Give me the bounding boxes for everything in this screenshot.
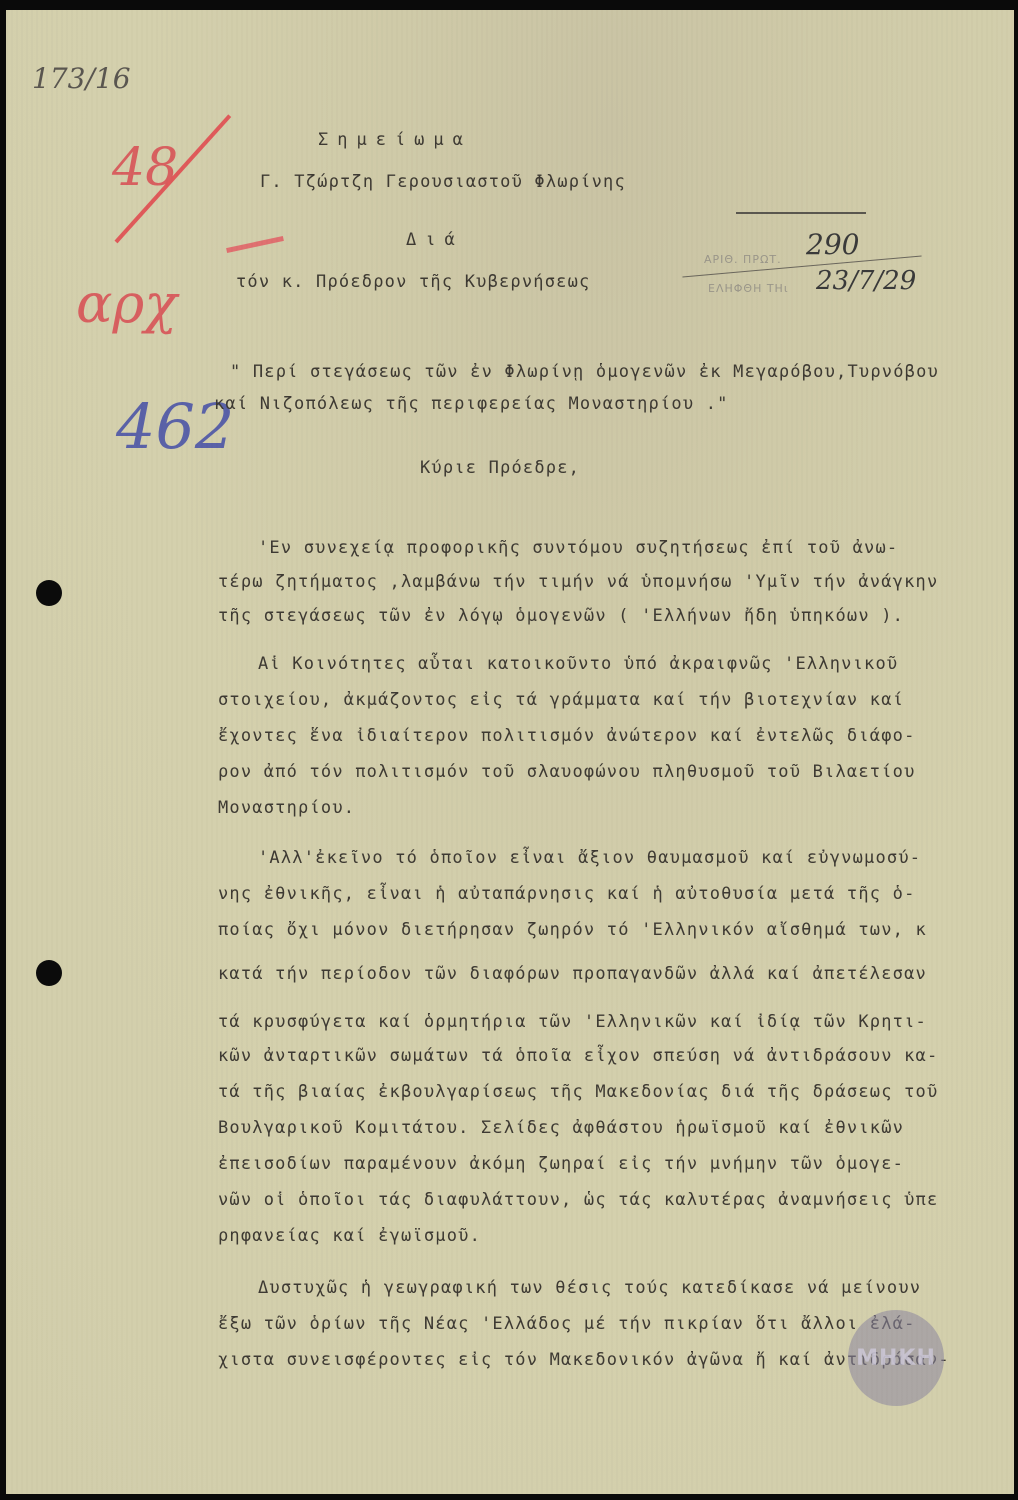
body-line: νης ἐθνικῆς, εἶναι ἡ αὐταπάρνησις καί ἡ …: [218, 884, 916, 904]
body-line: ρηφανείας καί ἐγωϊσμοῦ.: [218, 1226, 481, 1246]
body-line: κῶν ἀνταρτικῶν σωμάτων τά ὁποῖα εἶχον σπ…: [218, 1046, 938, 1066]
body-line: ρον ἀπό τόν πολιτισμόν τοῦ σλαυοφώνου πλ…: [218, 762, 916, 782]
red-annotation-number: 48: [112, 138, 178, 198]
body-line: νῶν οἱ ὁποῖοι τάς διαφυλάττουν, ὡς τάς κ…: [218, 1190, 938, 1210]
document-page: 173/16 Σημείωμα Γ. Τζώρτζη Γερουσιαστοῦ …: [6, 10, 1014, 1494]
body-line: 'Αλλ'ἐκεῖνο τό ὁποῖον εἶναι ἄξιον θαυμασ…: [258, 848, 921, 868]
archive-seal-watermark: ΜΗΚΗ: [848, 1310, 944, 1406]
body-line: ἔχοντες ἕνα ἰδιαίτερον πολιτισμόν ἀνώτερ…: [218, 726, 916, 746]
sender-line: Γ. Τζώρτζη Γερουσιαστοῦ Φλωρίνης: [260, 172, 626, 192]
subject-line-1: " Περί στεγάσεως τῶν ἐν Φλωρίνῃ ὁμογενῶν…: [230, 362, 939, 382]
recipient-line: τόν κ. Πρόεδρον τῆς Κυβερνήσεως: [236, 272, 590, 292]
protocol-number-label: ΑΡΙΘ. ΠΡΩΤ.: [704, 253, 782, 266]
red-annotation-scribble: αρχ: [76, 272, 177, 335]
salutation: Κύριε Πρόεδρε,: [420, 458, 580, 478]
protocol-number-value: 290: [806, 228, 859, 261]
punch-hole: [36, 960, 62, 986]
body-line: τά τῆς βιαίας ἐκβουλγαρίσεως τῆς Μακεδον…: [218, 1082, 938, 1102]
body-line: στοιχείου, ἀκμάζοντος εἰς τά γράμματα κα…: [218, 690, 904, 710]
punch-hole: [36, 580, 62, 606]
body-line: ἐπεισοδίων παραμένουν ἀκόμη ζωηραί εἰς τ…: [218, 1154, 904, 1174]
body-line: Μοναστηρίου.: [218, 798, 355, 818]
body-line: Αἱ Κοινότητες αὗται κατοικοῦντο ὑπό ἀκρα…: [258, 654, 898, 674]
stamp-top-rule: [736, 212, 866, 214]
red-dash-mark: [226, 236, 284, 253]
archive-reference: 173/16: [32, 62, 131, 95]
received-date-label: ΕΛΗΦΘΗ ΤΗι: [708, 282, 789, 295]
body-line: Βουλγαρικοῦ Κομιτάτου. Σελίδες ἀφθάστου …: [218, 1118, 904, 1138]
body-line: κατά τήν περίοδον τῶν διαφόρων προπαγανδ…: [218, 964, 927, 984]
body-line: ἔξω τῶν ὁρίων τῆς Νέας 'Ελλάδος μέ τήν π…: [218, 1314, 916, 1334]
body-line: τά κρυσφύγετα καί ὁρμητήρια τῶν 'Ελληνικ…: [218, 1012, 927, 1032]
body-line: χιστα συνεισφέροντες εἰς τόν Μακεδονικόν…: [218, 1350, 950, 1370]
recipient-prefix: Διά: [406, 230, 464, 250]
body-line: τῆς στεγάσεως τῶν ἐν λόγῳ ὁμογενῶν ( 'Ελ…: [218, 606, 904, 626]
subject-line-2: καί Νιζοπόλεως τῆς περιφερείας Μοναστηρί…: [214, 394, 729, 414]
body-line: Δυστυχῶς ἡ γεωγραφική των θέσις τούς κατ…: [258, 1278, 921, 1298]
document-title: Σημείωμα: [318, 130, 472, 150]
body-line: ποίας ὄχι μόνον διετήρησαν ζωηρόν τό 'Ελ…: [218, 920, 927, 940]
body-line: 'Εν συνεχείᾳ προφορικῆς συντόμου συζητήσ…: [258, 538, 898, 558]
received-date-value: 23/7/29: [816, 266, 916, 296]
body-line: τέρω ζητήματος ,λαμβάνω τήν τιμήν νά ὑπο…: [218, 572, 938, 592]
